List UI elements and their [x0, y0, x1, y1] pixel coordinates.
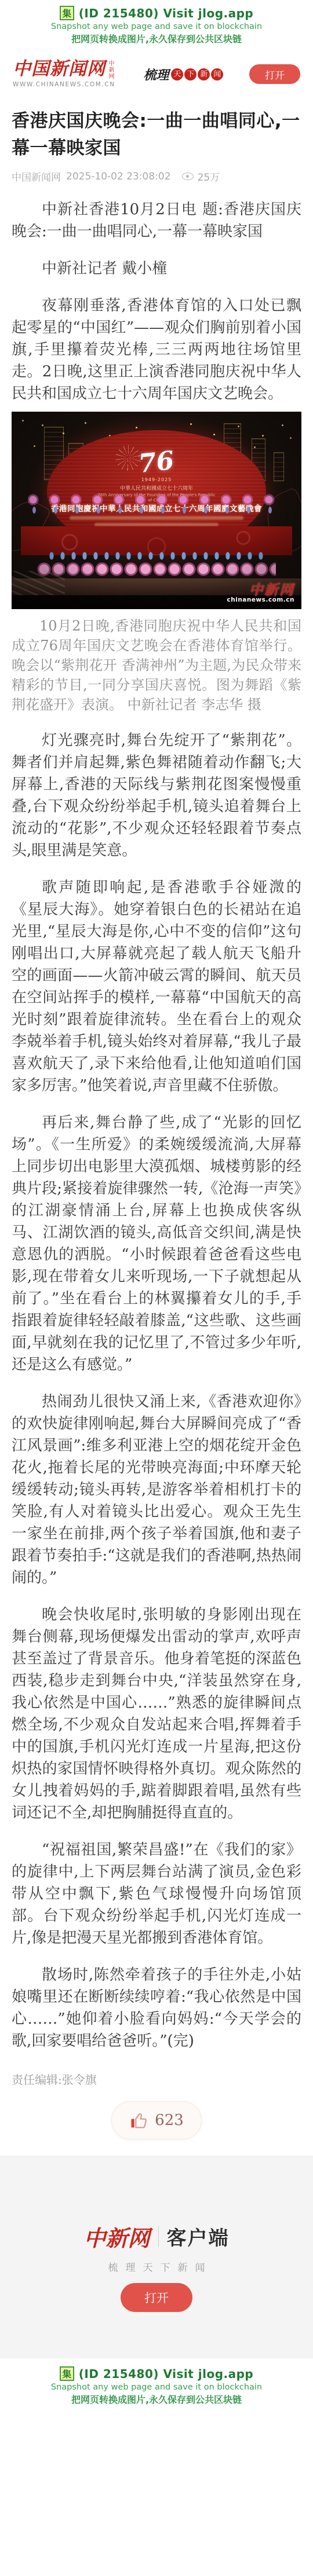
- article-paragraph: 夜幕刚垂落,香港体育馆的入口处已飘起零星的“中国红”——观众们胸前别着小国旗,手…: [12, 295, 301, 405]
- footer-logo-row: 中新网 客户端: [0, 2220, 313, 2252]
- promo-title-row[interactable]: 集 (ID 215480) Visit jlog.app: [0, 2366, 313, 2381]
- promo-title-row[interactable]: 集 (ID 215480) Visit jlog.app: [0, 6, 313, 20]
- footer-open-button[interactable]: 打开: [121, 2283, 192, 2312]
- views: 25万: [182, 169, 220, 184]
- promo-subtitle-zh: 把网页转换成图片,永久保存到公共区块链: [0, 32, 313, 45]
- photo-watermark: 中新网 chinanews.com.cn: [227, 582, 294, 603]
- article-photo: 76 1949-2025 中華人民共和國成立七十六周年 76th Anniver…: [12, 412, 301, 609]
- views-count: 25万: [198, 169, 220, 184]
- article: 香港庆国庆晚会:一曲一曲唱同心,一幕一幕映家国 中国新闻网 2025-10-02…: [0, 108, 313, 2139]
- article-datetime: 2025-10-02 23:08:02: [66, 171, 171, 182]
- logo-calligraphy: 中国新闻网: [13, 60, 105, 78]
- photo-vignette: [12, 412, 301, 609]
- like-count: 623: [155, 2112, 184, 2129]
- promo-link[interactable]: (ID 215480) Visit jlog.app: [79, 6, 254, 20]
- watermark-domain: chinanews.com.cn: [227, 597, 294, 603]
- app-footer: 中新网 客户端 梳理天下新闻 打开: [0, 2156, 313, 2358]
- article-paragraph: 中新社香港10月2日电 题:香港庆国庆晚会:一曲一曲唱同心,一幕一幕映家国: [12, 199, 301, 243]
- promo-subtitle-en: Snapshot any web page and save it on blo…: [0, 22, 313, 31]
- site-header: 中国新闻网 中新网 WWW.CHINANEWS.COM.CN 梳理 天 下 新 …: [0, 52, 313, 96]
- views-eye-icon: [182, 173, 194, 180]
- slogan-graphic: 梳理 天 下 新 闻: [143, 65, 223, 83]
- slogan-prefix: 梳理: [143, 65, 169, 83]
- article-paragraph: 热闹劲儿很快又涌上来,《香港欢迎你》的欢快旋律刚响起,舞台大屏瞬间亮成了“香江风…: [12, 1391, 301, 1589]
- page: 集 (ID 215480) Visit jlog.app Snapshot an…: [0, 0, 313, 2412]
- article-paragraph: 中新社记者 戴小橦: [12, 258, 301, 280]
- like-section: 623: [12, 2101, 301, 2139]
- article-paragraph: 歌声随即响起,是香港歌手谷娅溦的《星辰大海》。她穿着银白色的长裙站在追光里,“星…: [12, 877, 301, 1097]
- footer-client-label: 客户端: [167, 2222, 230, 2251]
- logo-url: WWW.CHINANEWS.COM.CN: [13, 82, 115, 88]
- footer-logo: 中新网: [83, 2220, 150, 2252]
- article-meta: 中国新闻网 2025-10-02 23:08:02 25万: [12, 169, 301, 184]
- photo-caption: 10月2日晚,香港同胞庆祝中华人民共和国成立76周年国庆文艺晚会在香港体育馆举行…: [12, 616, 301, 714]
- article-title: 香港庆国庆晚会:一曲一曲唱同心,一幕一幕映家国: [12, 108, 301, 162]
- promo-link[interactable]: (ID 215480) Visit jlog.app: [79, 2367, 254, 2381]
- article-source: 中国新闻网: [12, 169, 61, 184]
- ji-badge-icon: 集: [60, 2366, 74, 2381]
- footer-logo-divider: [158, 2226, 159, 2247]
- slogan-circle-char: 新: [198, 68, 210, 80]
- article-paragraph: 散场时,陈然牵着孩子的手往外走,小姑娘嘴里还在断断续续哼着:“我心依然是中国心……: [12, 1964, 301, 2052]
- like-button[interactable]: 623: [111, 2101, 202, 2139]
- promo-subtitle-en: Snapshot any web page and save it on blo…: [0, 2383, 313, 2392]
- watermark-logo: 中新网: [227, 582, 294, 597]
- top-promo-banner[interactable]: 集 (ID 215480) Visit jlog.app Snapshot an…: [0, 0, 313, 50]
- article-paragraph: 灯光骤亮时,舞台先绽开了“紫荆花”。舞者们并肩起舞,紫色舞裙随着动作翻飞;大屏幕…: [12, 730, 301, 862]
- slogan-circle-char: 天: [171, 68, 183, 80]
- thumb-up-icon: [129, 2110, 149, 2130]
- article-paragraph: 再后来,舞台静了些,成了“光影的回忆场”。《一生所爱》的柔婉缓缓流淌,大屏幕上同…: [12, 1112, 301, 1376]
- editor-line: 责任编辑:张令旗: [12, 2071, 301, 2087]
- slogan-circle-char: 下: [184, 68, 196, 80]
- article-paragraph: “祝福祖国,繁荣昌盛!”在《我们的家》的旋律中,上下两层舞台站满了演员,金色彩带…: [12, 1839, 301, 1949]
- open-app-button[interactable]: 打开: [249, 64, 300, 84]
- slogan-circle-char: 闻: [211, 68, 223, 80]
- article-paragraph: 晚会快收尾时,张明敏的身影刚出现在舞台侧幕,现场便爆发出雷动的掌声,欢呼声甚至盖…: [12, 1604, 301, 1824]
- promo-subtitle-zh: 把网页转换成图片,永久保存到公共区块链: [0, 2392, 313, 2406]
- bottom-promo-banner[interactable]: 集 (ID 215480) Visit jlog.app Snapshot an…: [0, 2358, 313, 2412]
- chinanews-logo: 中国新闻网 中新网 WWW.CHINANEWS.COM.CN: [13, 60, 115, 88]
- footer-slogan: 梳理天下新闻: [0, 2259, 313, 2274]
- logo-side-text: 中新网: [107, 60, 113, 79]
- ji-badge-icon: 集: [60, 6, 74, 20]
